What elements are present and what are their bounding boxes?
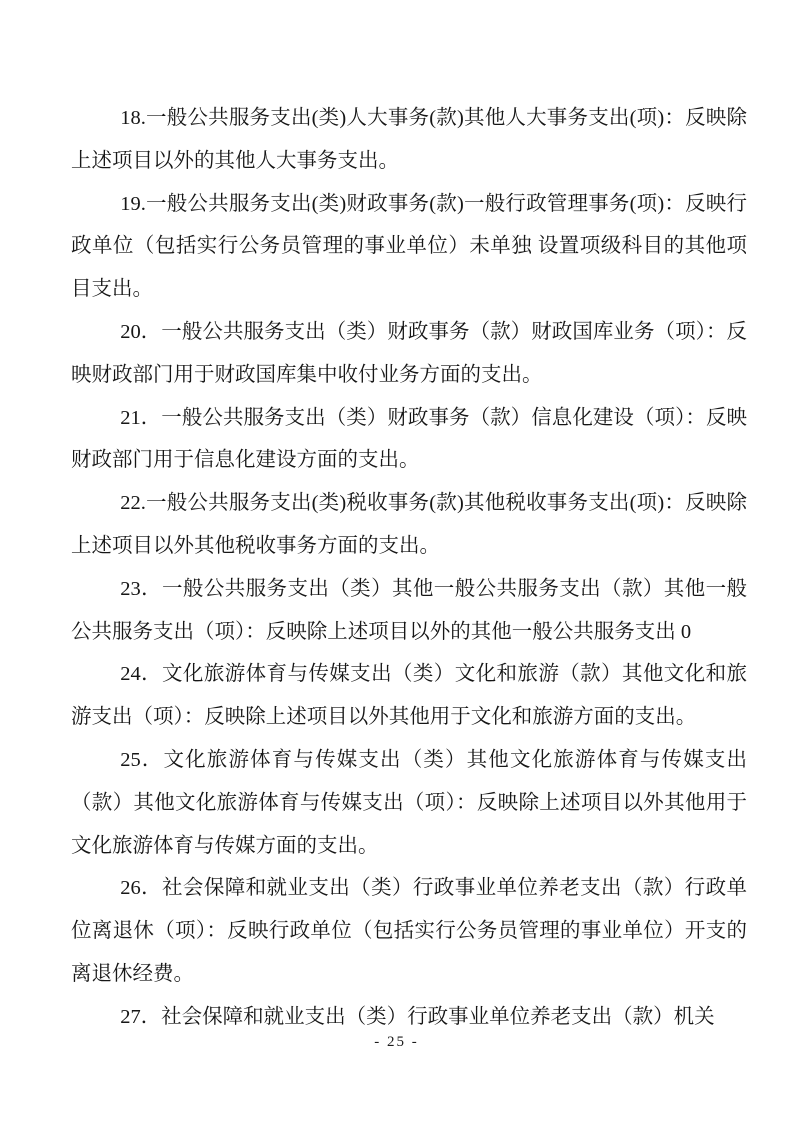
text-body: 18.一般公共服务支出(类)人大事务(款)其他人大事务支出(项)：反映除上述项目… [71, 97, 747, 1039]
paragraph-item-25: 25．文化旅游体育与传媒支出（类）其他文化旅游体育与传媒支出（款）其他文化旅游体… [71, 739, 747, 867]
paragraph-item-24: 24．文化旅游体育与传媒支出（类）文化和旅游（款）其他文化和旅游支出（项）：反映… [71, 653, 747, 739]
paragraph-item-21: 21．一般公共服务支出（类）财政事务（款）信息化建设（项）：反映财政部门用于信息… [71, 397, 747, 483]
paragraph-item-26: 26．社会保障和就业支出（类）行政事业单位养老支出（款）行政单位离退休（项）：反… [71, 867, 747, 995]
paragraph-item-23: 23．一般公共服务支出（类）其他一般公共服务支出（款）其他一般公共服务支出（项）… [71, 568, 747, 654]
paragraph-item-20: 20．一般公共服务支出（类）财政事务（款）财政国库业务（项）：反映财政部门用于财… [71, 311, 747, 397]
paragraph-item-18: 18.一般公共服务支出(类)人大事务(款)其他人大事务支出(项)：反映除上述项目… [71, 97, 747, 183]
document-page: 18.一般公共服务支出(类)人大事务(款)其他人大事务支出(项)：反映除上述项目… [0, 0, 793, 1122]
paragraph-item-22: 22.一般公共服务支出(类)税收事务(款)其他税收事务支出(项)：反映除上述项目… [71, 482, 747, 568]
paragraph-item-19: 19.一般公共服务支出(类)财政事务(款)一般行政管理事务(项)：反映行政单位（… [71, 183, 747, 311]
page-number: - 25 - [374, 1034, 419, 1050]
page-footer: - 25 - [0, 1033, 793, 1051]
